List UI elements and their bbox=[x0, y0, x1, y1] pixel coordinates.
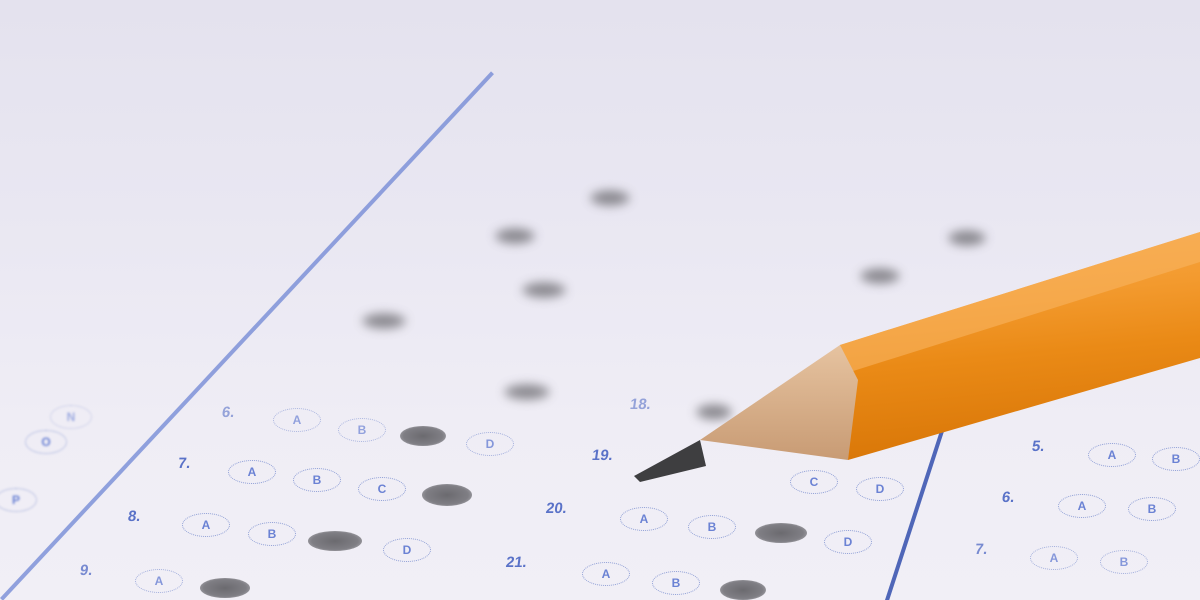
bubble-option[interactable]: B bbox=[1100, 550, 1148, 574]
bubble-option[interactable]: C bbox=[790, 470, 838, 494]
question-number: 7. bbox=[177, 455, 192, 472]
filled-bubble[interactable] bbox=[755, 523, 807, 543]
bubble-option[interactable]: B bbox=[338, 418, 386, 442]
question-number: 20. bbox=[545, 500, 568, 517]
bubble-option[interactable]: A bbox=[582, 562, 630, 586]
bubble-option[interactable]: D bbox=[466, 432, 514, 456]
question-number: 9. bbox=[79, 562, 94, 579]
question-number: 5. bbox=[1031, 438, 1046, 455]
bubble-option[interactable]: B bbox=[248, 522, 296, 546]
question-number: 7. bbox=[974, 541, 989, 558]
bubble-option[interactable]: B bbox=[688, 515, 736, 539]
blurred-background-rows bbox=[0, 0, 1200, 600]
bubble-option[interactable]: A bbox=[273, 408, 321, 432]
bubble-option[interactable]: A bbox=[620, 507, 668, 531]
bubble-option[interactable]: A bbox=[228, 460, 276, 484]
bubble-option[interactable]: A bbox=[1088, 443, 1136, 467]
bubble-option[interactable]: B bbox=[1152, 447, 1200, 471]
answer-sheet-photo: O P N 6. A B D 7. A B C 8. A B D 9. A 18… bbox=[0, 0, 1200, 600]
bubble-option[interactable]: B bbox=[652, 571, 700, 595]
filled-bubble[interactable] bbox=[720, 580, 766, 600]
question-number: 6. bbox=[1001, 489, 1016, 506]
question-number: 6. bbox=[221, 404, 236, 421]
filled-bubble[interactable] bbox=[400, 426, 446, 446]
question-number: 19. bbox=[591, 447, 614, 464]
bubble-option[interactable]: A bbox=[1058, 494, 1106, 518]
bubble-option[interactable]: B bbox=[1128, 497, 1176, 521]
bubble-option[interactable]: B bbox=[293, 468, 341, 492]
bubble-option[interactable]: A bbox=[1030, 546, 1078, 570]
filled-bubble[interactable] bbox=[200, 578, 250, 598]
filled-bubble[interactable] bbox=[308, 531, 362, 551]
bubble-option[interactable]: A bbox=[135, 569, 183, 593]
question-number: 21. bbox=[505, 554, 528, 571]
question-number: 18. bbox=[629, 396, 652, 413]
filled-bubble[interactable] bbox=[422, 484, 472, 506]
bubble-option[interactable]: D bbox=[383, 538, 431, 562]
bubble-option[interactable]: C bbox=[358, 477, 406, 501]
question-number: 8. bbox=[127, 508, 142, 525]
bubble-option[interactable]: D bbox=[856, 477, 904, 501]
bubble-option[interactable]: A bbox=[182, 513, 230, 537]
bubble-option[interactable]: D bbox=[824, 530, 872, 554]
